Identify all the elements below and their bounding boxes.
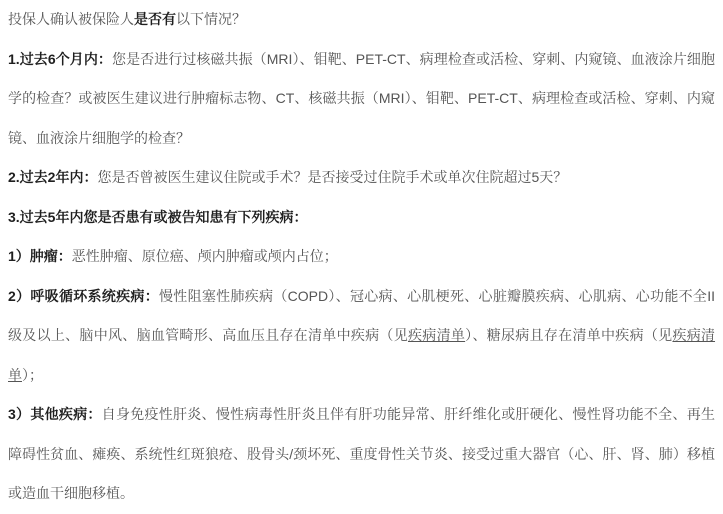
paragraph-question-3-past-5-years: 3.过去5年内您是否患有或被告知患有下列疾病：: [8, 198, 715, 238]
health-questionnaire-document: 投保人确认被保险人是否有以下情况？1.过去6个月内：您是否进行过核磁共振（MRI…: [0, 0, 723, 514]
bold-lead-text: 2.过去2年内：: [8, 169, 97, 185]
paragraph-item-3-other-diseases: 3）其他疾病：自身免疫性肝炎、慢性病毒性肝炎且伴有肝功能异常、肝纤维化或肝硬化、…: [8, 395, 715, 514]
bold-lead-text: 是否有: [134, 11, 176, 27]
body-text: 投保人确认被保险人: [8, 11, 134, 27]
paragraph-item-2-respiratory-circulatory: 2）呼吸循环系统疾病：慢性阻塞性肺疾病（COPD）、冠心病、心肌梗死、心脏瓣膜疾…: [8, 277, 715, 396]
paragraph-question-1-past-6-months: 1.过去6个月内：您是否进行过核磁共振（MRI）、钼靶、PET-CT、病理检查或…: [8, 40, 715, 159]
bold-lead-text: 3.过去5年内您是否患有或被告知患有下列疾病：: [8, 209, 307, 225]
bold-lead-text: 2）呼吸循环系统疾病：: [8, 288, 159, 304]
body-text: ）；: [22, 367, 43, 383]
body-text: 自身免疫性肝炎、慢性病毒性肝炎且伴有肝功能异常、肝纤维化或肝硬化、慢性肾功能不全…: [8, 406, 715, 501]
bold-lead-text: 1.过去6个月内：: [8, 51, 112, 67]
disease-list-link[interactable]: 疾病清单: [408, 327, 465, 343]
body-text: 您是否进行过核磁共振（MRI）、钼靶、PET-CT、病理检查或活检、穿刺、内窥镜…: [8, 51, 715, 146]
bold-lead-text: 3）其他疾病：: [8, 406, 102, 422]
paragraph-item-1-tumor: 1）肿瘤：恶性肿瘤、原位癌、颅内肿瘤或颅内占位；: [8, 237, 715, 277]
body-text: 您是否曾被医生建议住院或手术？是否接受过住院手术或单次住院超过5天？: [97, 169, 567, 185]
paragraph-intro-question: 投保人确认被保险人是否有以下情况？: [8, 0, 715, 40]
body-text: 以下情况？: [176, 11, 246, 27]
document-body: 投保人确认被保险人是否有以下情况？1.过去6个月内：您是否进行过核磁共振（MRI…: [8, 0, 715, 514]
paragraph-question-2-past-2-years: 2.过去2年内：您是否曾被医生建议住院或手术？是否接受过住院手术或单次住院超过5…: [8, 158, 715, 198]
body-text: 恶性肿瘤、原位癌、颅内肿瘤或颅内占位；: [72, 248, 338, 264]
bold-lead-text: 1）肿瘤：: [8, 248, 72, 264]
body-text: ）、糖尿病且存在清单中疾病（见: [465, 327, 672, 343]
